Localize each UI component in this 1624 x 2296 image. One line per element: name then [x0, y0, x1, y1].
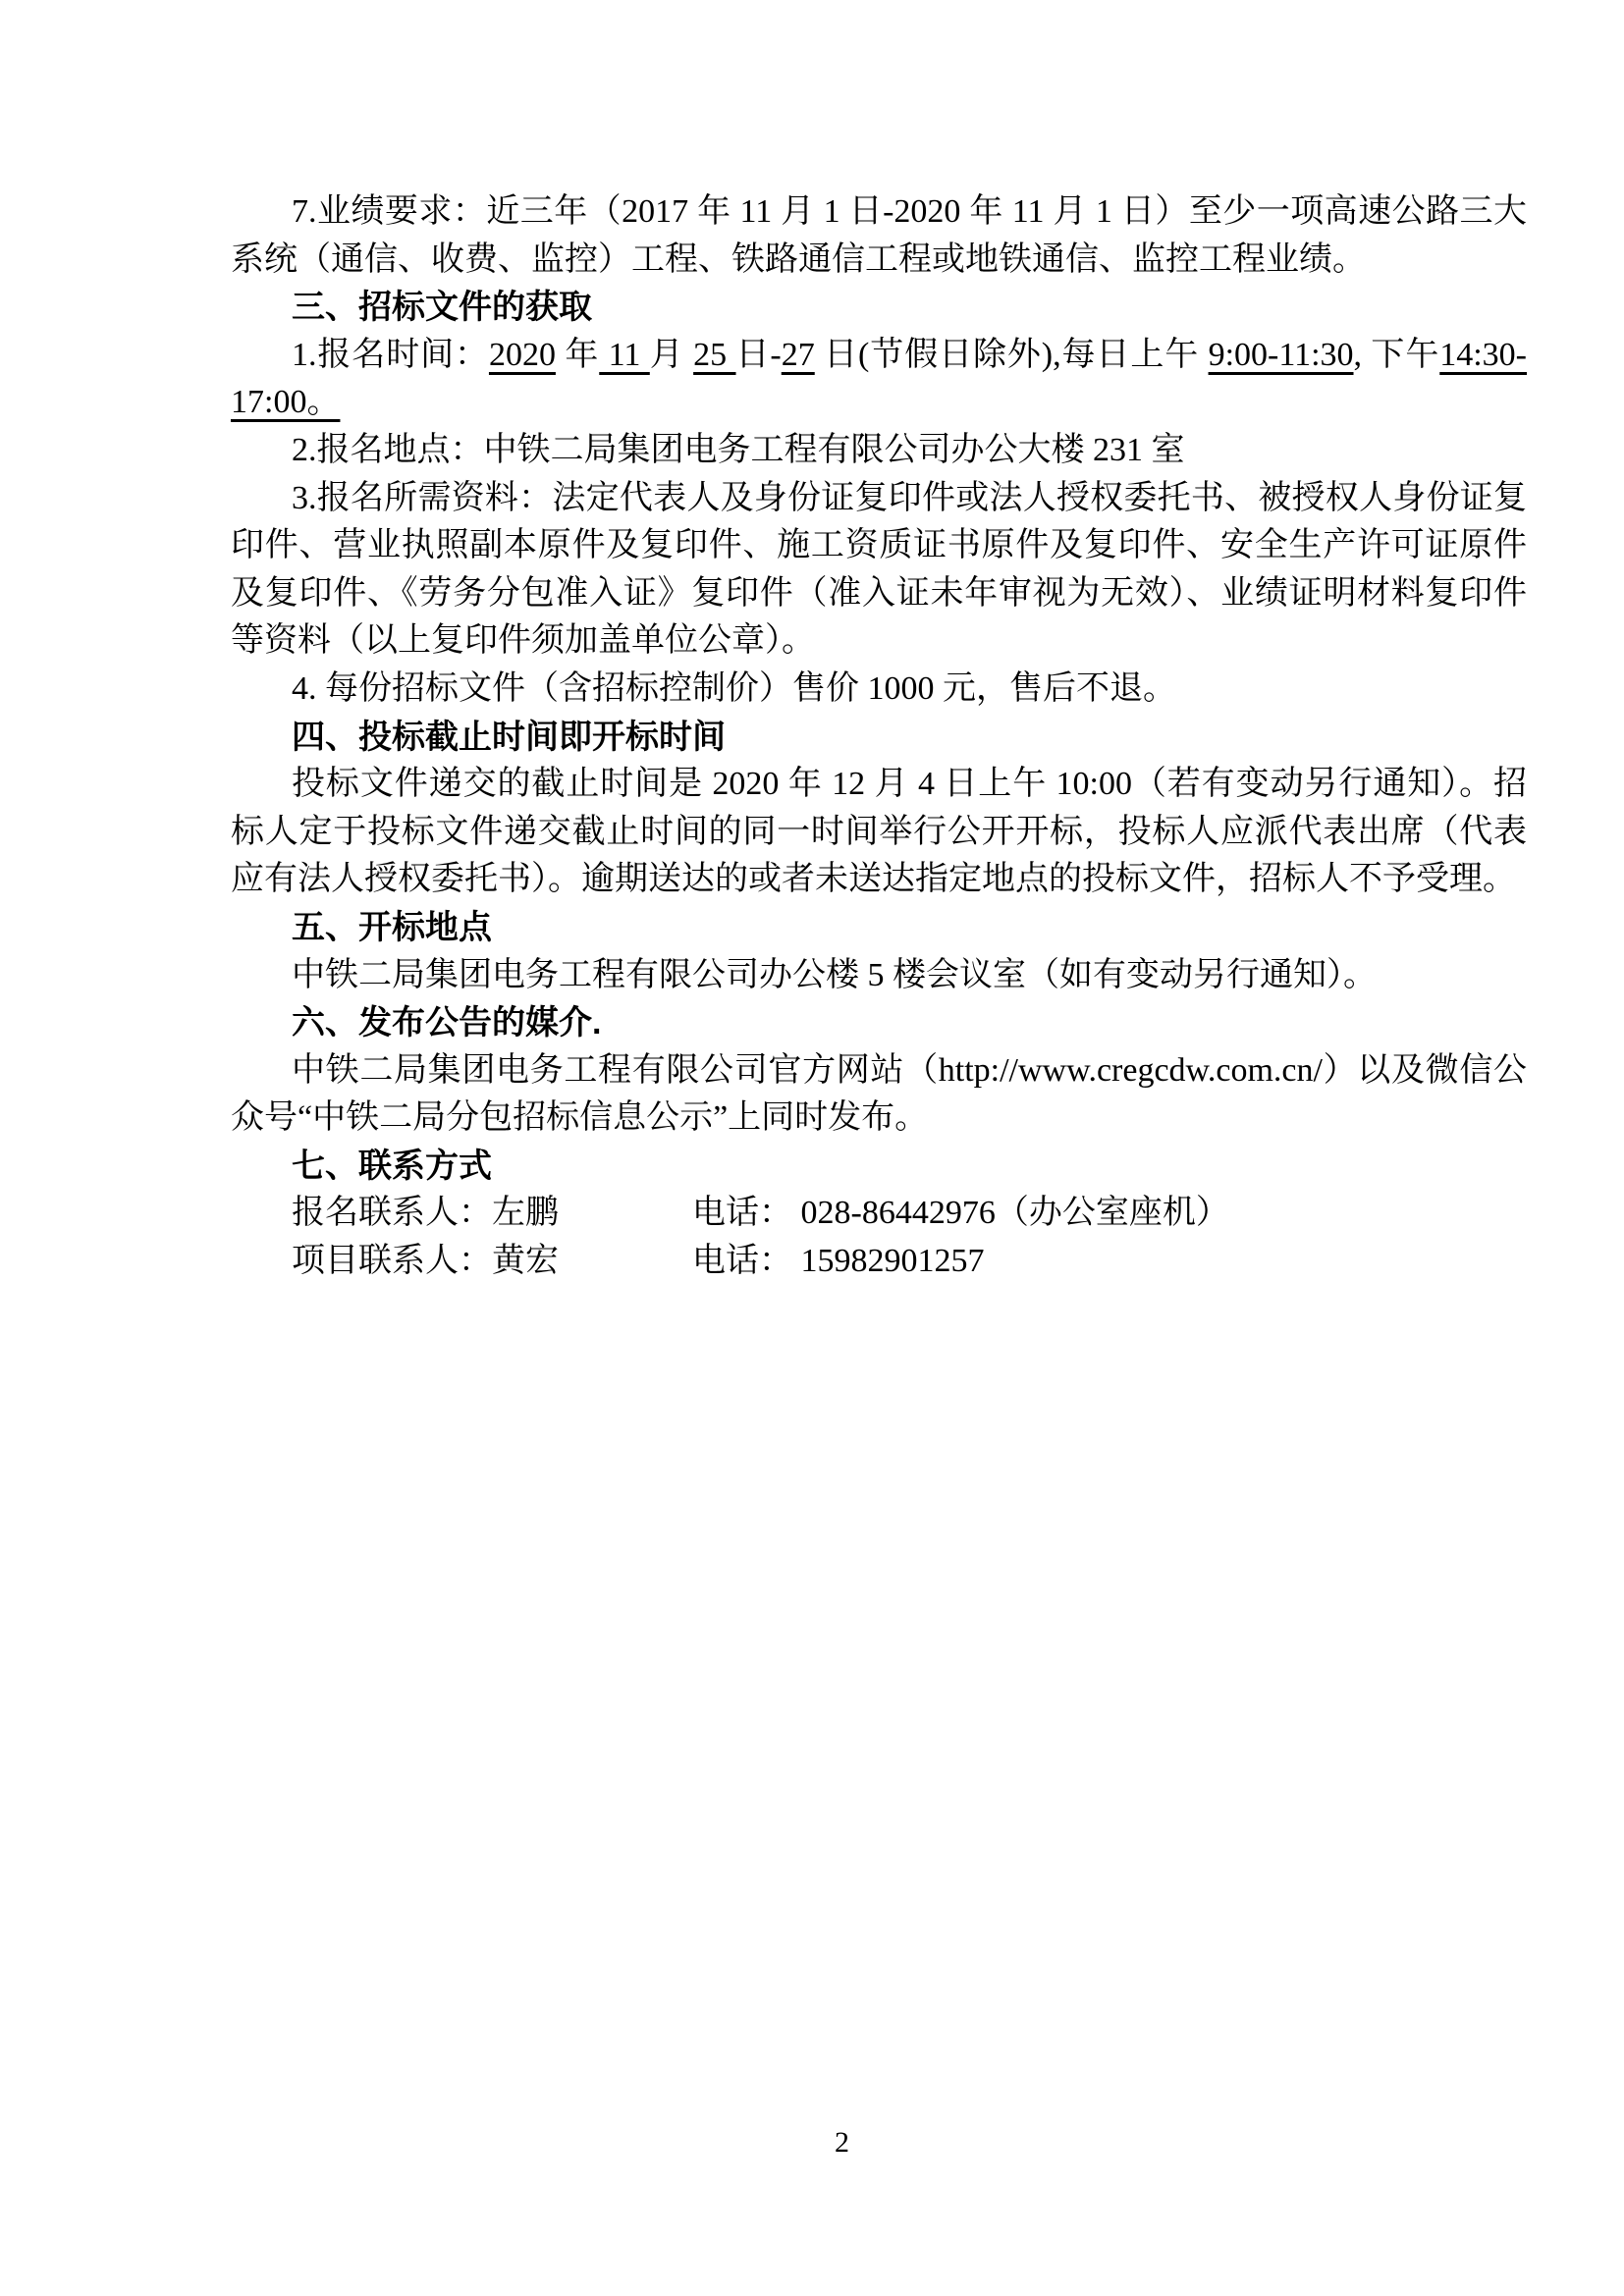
- text-run: 日-: [736, 337, 782, 373]
- para-registration-place: 2.报名地点：中铁二局集团电务工程有限公司办公大楼 231 室: [231, 427, 1527, 475]
- para-registration-time: 1.报名时间：2020 年 11 月 25 日-27 日(节假日除外),每日上午…: [231, 332, 1527, 427]
- heading-section-6-announcement-media: 六、发布公告的媒介.: [231, 999, 1527, 1047]
- para-contact-project: 项目联系人：黄宏 电话： 15982901257: [231, 1238, 1527, 1286]
- para-bid-opening-place-detail: 中铁二局集团电务工程有限公司办公楼 5 楼会议室（如有变动另行通知）。: [231, 952, 1527, 1000]
- text-run: 年: [556, 337, 599, 373]
- para-bid-deadline-detail: 投标文件递交的截止时间是 2020 年 12 月 4 日上午 10:00（若有变…: [231, 761, 1527, 904]
- text-run: 月: [650, 337, 693, 373]
- underlined-value: 25: [693, 337, 735, 373]
- para-announcement-media-detail: 中铁二局集团电务工程有限公司官方网站（http://www.cregcdw.co…: [231, 1047, 1527, 1143]
- text-run: 1.报名时间：: [292, 337, 489, 373]
- document-body: 7.业绩要求：近三年（2017 年 11 月 1 日-2020 年 11 月 1…: [231, 188, 1527, 1286]
- para-document-price: 4. 每份招标文件（含招标控制价）售价 1000 元，售后不退。: [231, 666, 1527, 714]
- underlined-value: 9:00-11:30: [1209, 337, 1354, 373]
- text-run: , 下午: [1354, 337, 1440, 373]
- page-number: 2: [835, 2126, 849, 2160]
- para-performance-requirement: 7.业绩要求：近三年（2017 年 11 月 1 日-2020 年 11 月 1…: [231, 188, 1527, 284]
- underlined-value: 11: [599, 337, 650, 373]
- para-contact-registration: 报名联系人：左鹏 电话： 028-86442976（办公室座机）: [231, 1190, 1527, 1238]
- underlined-value: 27: [782, 337, 815, 373]
- heading-section-5-bid-opening-place: 五、开标地点: [231, 904, 1527, 952]
- underlined-value: 2020: [489, 337, 556, 373]
- heading-section-7-contact: 七、联系方式: [231, 1143, 1527, 1191]
- heading-section-3-obtaining-bid-documents: 三、招标文件的获取: [231, 284, 1527, 332]
- heading-section-4-bid-deadline: 四、投标截止时间即开标时间: [231, 714, 1527, 762]
- text-run: 日(节假日除外),每日上午: [815, 337, 1209, 373]
- para-registration-materials: 3.报名所需资料：法定代表人及身份证复印件或法人授权委托书、被授权人身份证复印件…: [231, 475, 1527, 666]
